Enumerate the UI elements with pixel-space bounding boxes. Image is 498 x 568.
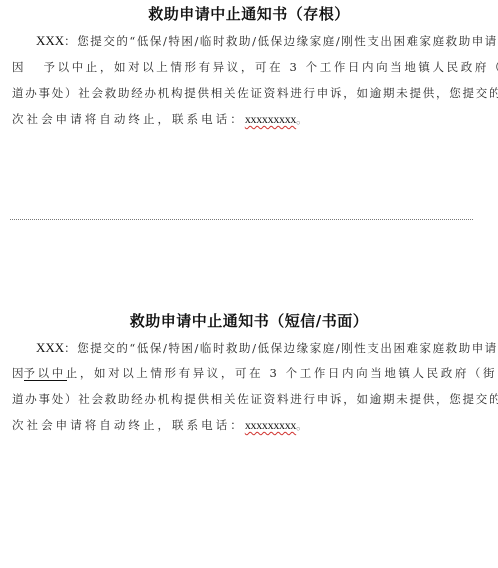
paragraph-text: ：您提交的“低保/特困/临时救助/低保边缘家庭/刚性支出困难家庭救助申请 [64, 340, 498, 356]
contact-phone: xxxxxxxxx [245, 417, 296, 433]
period: 。 [296, 111, 308, 127]
paragraph-line-2: 因 予以中止，如对以上情形有异议，可在 3 个工作日内向当地镇人民政府（街 [12, 59, 484, 75]
paragraph-line-1: XXX ：您提交的“低保/特困/临时救助/低保边缘家庭/刚性支出困难家庭救助申请 [36, 33, 484, 49]
paragraph-line-2: 因 予以中止，如对以上情形有异议，可在 3 个工作日内向当地镇人民政府（街 [12, 365, 484, 381]
paragraph-line-3: 道办事处）社会救助经办机构提供相关佐证资料进行申诉，如逾期未提供，您提交的本 [12, 391, 484, 407]
stub-title: 救助申请中止通知书（存根） [0, 4, 498, 24]
paragraph-line-4: 次社会申请将自动终止，联系电话： xxxxxxxxx 。 [12, 417, 484, 433]
sms-written-title: 救助申请中止通知书（短信/书面） [0, 311, 498, 331]
paragraph-line-4: 次社会申请将自动终止，联系电话： xxxxxxxxx 。 [12, 111, 484, 127]
period: 。 [296, 417, 308, 433]
contact-phone: xxxxxxxxx [245, 111, 296, 127]
paragraph-text: 道办事处）社会救助经办机构提供相关佐证资料进行申诉，如逾期未提供，您提交的本 [12, 391, 498, 407]
paragraph-text: 次社会申请将自动终止，联系电话： [12, 111, 245, 127]
line-start: 因 [12, 59, 24, 75]
reason-blank-field[interactable] [24, 380, 67, 381]
line-start: 因 [12, 365, 24, 381]
dotted-cut-line [10, 219, 473, 220]
applicant-name: XXX [36, 33, 64, 49]
paragraph-text: 予以中止，如对以上情形有异议，可在 3 个工作日内向当地镇人民政府（街 [44, 59, 498, 75]
paragraph-text: 予以中止，如对以上情形有异议，可在 3 个工作日内向当地镇人民政府（街 [24, 365, 498, 381]
paragraph-line-3: 道办事处）社会救助经办机构提供相关佐证资料进行申诉，如逾期未提供，您提交的本 [12, 85, 484, 101]
paragraph-line-1: XXX ：您提交的“低保/特困/临时救助/低保边缘家庭/刚性支出困难家庭救助申请 [36, 340, 484, 356]
paragraph-text: 道办事处）社会救助经办机构提供相关佐证资料进行申诉，如逾期未提供，您提交的本 [12, 85, 498, 101]
applicant-name: XXX [36, 340, 64, 356]
paragraph-text: ：您提交的“低保/特困/临时救助/低保边缘家庭/刚性支出困难家庭救助申请 [64, 33, 498, 49]
paragraph-text: 次社会申请将自动终止，联系电话： [12, 417, 245, 433]
